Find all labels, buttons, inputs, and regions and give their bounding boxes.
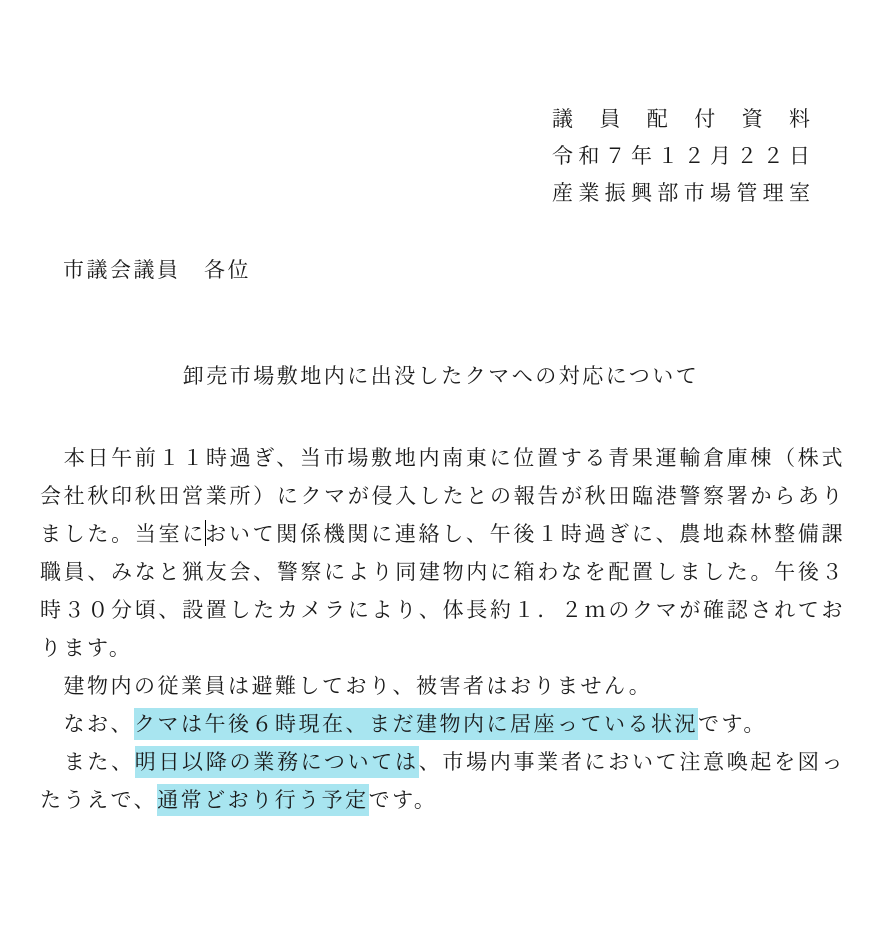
text-run: なお、 xyxy=(40,712,134,736)
date-label: 令和７年１２月２２日 xyxy=(552,138,810,175)
body-paragraph-evacuation[interactable]: 建物内の従業員は避難しており、被害者はおりません。 xyxy=(40,667,845,705)
body-paragraph-status[interactable]: なお、クマは午後６時現在、まだ建物内に居座っている状況です。 xyxy=(40,705,845,743)
body-paragraph-incident[interactable]: 本日午前１１時過ぎ、当市場敷地内南東に位置する青果運輸倉庫棟（株式会社秋印秋田営… xyxy=(40,439,845,667)
doc-type-label: 議員配付資料 xyxy=(552,101,810,138)
document-page: 議員配付資料 令和７年１２月２２日 産業振興部市場管理室 市議会議員 各位 卸売… xyxy=(0,0,882,931)
document-body: 本日午前１１時過ぎ、当市場敷地内南東に位置する青果運輸倉庫棟（株式会社秋印秋田営… xyxy=(40,439,845,819)
department-label: 産業振興部市場管理室 xyxy=(552,175,810,212)
document-title: 卸売市場敷地内に出没したクマへの対応について xyxy=(0,360,882,390)
text-run: 建物内の従業員は避難しており、被害者はおりません。 xyxy=(40,674,652,698)
highlighted-text: クマは午後６時現在、まだ建物内に居座っている状況 xyxy=(134,708,698,740)
highlighted-text: 通常どおり行う予定 xyxy=(157,784,369,816)
text-run: です。 xyxy=(698,712,767,736)
body-paragraph-plan[interactable]: また、明日以降の業務については、市場内事業者において注意喚起を図ったうえで、通常… xyxy=(40,743,845,819)
recipient-line: 市議会議員 各位 xyxy=(63,254,251,284)
text-run: また、 xyxy=(40,750,135,774)
document-header-block: 議員配付資料 令和７年１２月２２日 産業振興部市場管理室 xyxy=(552,101,810,212)
text-run: です。 xyxy=(369,788,438,812)
highlighted-text: 明日以降の業務については xyxy=(135,746,419,778)
